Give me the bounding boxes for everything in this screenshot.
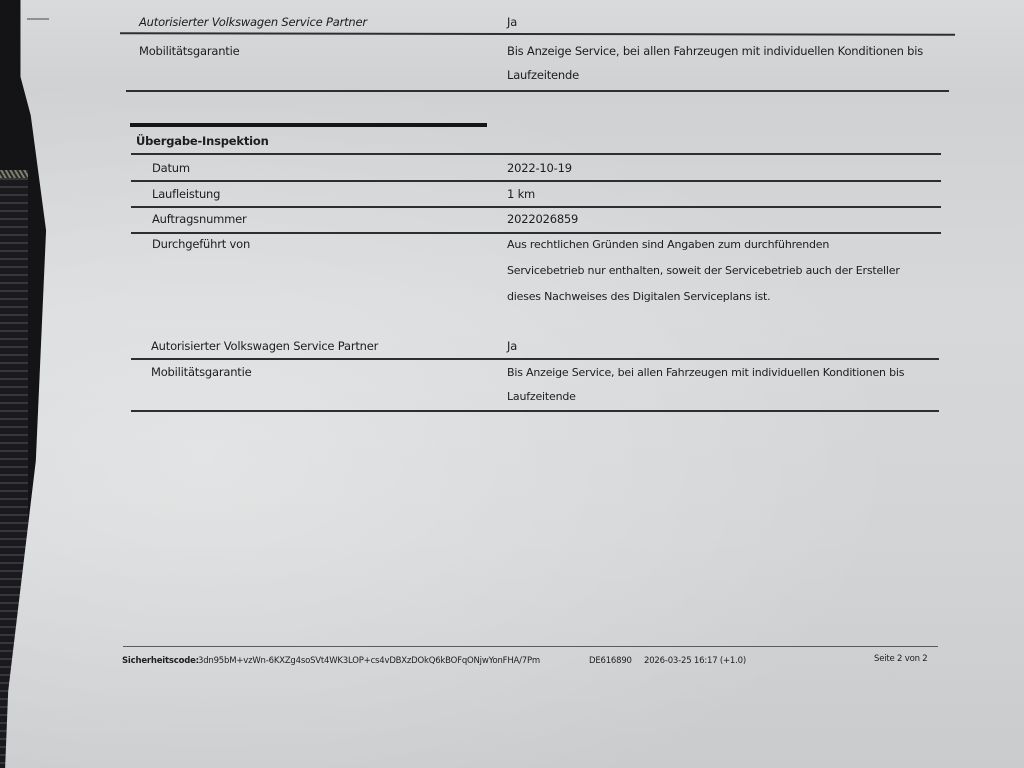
section-title: Übergabe-Inspektion <box>136 134 269 148</box>
value-service-partner: Ja <box>507 339 517 353</box>
divider <box>120 32 955 35</box>
security-code-label: Sicherheitscode: <box>122 656 199 666</box>
divider <box>131 232 941 234</box>
document: Autorisierter Volkswagen Service Partner… <box>0 0 1024 768</box>
security-code: 3dn95bM+vzWn-6KXZg4soSVt4WK3LOP+cs4vDBXz… <box>198 656 540 666</box>
label-datum: Datum <box>152 161 190 175</box>
label-laufleistung: Laufleistung <box>152 187 220 201</box>
label-mobility: Mobilitätsgarantie <box>151 365 252 379</box>
footer-divider <box>123 646 938 647</box>
prev-label-service-partner: Autorisierter Volkswagen Service Partner <box>139 15 367 29</box>
prev-value-mobility-line1: Bis Anzeige Service, bei allen Fahrzeuge… <box>507 44 923 58</box>
value-datum: 2022-10-19 <box>507 161 572 175</box>
divider <box>126 90 949 92</box>
prev-value-mobility-line2: Laufzeitende <box>507 68 579 82</box>
timestamp: 2026-03-25 16:17 (+1.0) <box>644 656 746 666</box>
divider <box>131 358 939 360</box>
label-durchgefuehrt: Durchgeführt von <box>152 237 250 251</box>
page-number: Seite 2 von 2 <box>874 654 928 664</box>
dealer-id: DE616890 <box>589 656 632 666</box>
divider <box>131 153 941 155</box>
value-mobility-line2: Laufzeitende <box>507 390 576 403</box>
value-auftragsnummer: 2022026859 <box>507 212 578 226</box>
section-top-bar <box>130 123 487 127</box>
value-mobility-line1: Bis Anzeige Service, bei allen Fahrzeuge… <box>507 366 904 379</box>
label-service-partner: Autorisierter Volkswagen Service Partner <box>151 339 378 353</box>
divider <box>131 180 941 182</box>
divider <box>131 410 939 412</box>
value-durchgefuehrt-line3: dieses Nachweises des Digitalen Servicep… <box>507 290 770 303</box>
value-durchgefuehrt-line1: Aus rechtlichen Gründen sind Angaben zum… <box>507 238 829 251</box>
divider <box>131 206 941 208</box>
prev-value-service-partner: Ja <box>507 15 517 29</box>
photo-scene: Autorisierter Volkswagen Service Partner… <box>0 0 1024 768</box>
value-durchgefuehrt-line2: Servicebetrieb nur enthalten, soweit der… <box>507 264 900 277</box>
label-auftragsnummer: Auftragsnummer <box>152 212 247 226</box>
value-laufleistung: 1 km <box>507 187 535 201</box>
prev-label-mobility: Mobilitätsgarantie <box>139 44 240 58</box>
